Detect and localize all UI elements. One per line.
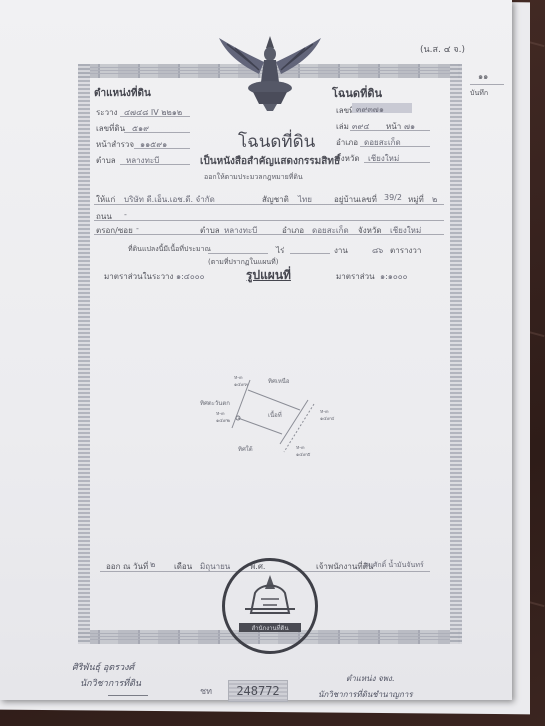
rawang-label: ระวาง	[96, 106, 117, 119]
soi-value: -	[136, 224, 139, 233]
rule	[94, 204, 444, 205]
official-seal: สำนักงานที่ดิน	[222, 558, 318, 654]
left-signature: ศิริพันธุ์ อุตรวงศ์	[72, 660, 134, 674]
address-no: 39/2	[384, 193, 402, 202]
marker-num: ๑๔๙๔	[320, 415, 334, 423]
scale-right-label: มาตราส่วน	[336, 270, 375, 283]
form-code: (น.ส. ๔ จ.)	[420, 42, 465, 56]
area-label: ที่ดินแปลงนี้มีเนื้อที่ประมาณ	[128, 244, 211, 255]
land-no-value: ๕๑๙	[132, 122, 149, 135]
officer-signature: สมศักดิ์ น้ำมันจันทร์	[364, 560, 424, 571]
soi-label: ตรอก/ซอย	[96, 224, 133, 237]
rule	[208, 253, 268, 254]
scale-left-label: มาตราส่วนในระวาง	[104, 270, 173, 283]
seal-band: สำนักงานที่ดิน	[239, 623, 301, 632]
frame-left-border	[78, 64, 90, 644]
scale-right-value: ๑:๑๐๐๐	[380, 270, 408, 283]
rai-label: ไร่	[276, 244, 284, 257]
garuda-emblem-icon	[217, 32, 323, 112]
serial-number: 248772	[228, 680, 288, 702]
rule	[364, 162, 430, 163]
amphoe2-value: ดอยสะเก็ด	[312, 224, 349, 237]
land-position-heading: ตำแหน่งที่ดิน	[94, 86, 151, 101]
rule	[120, 116, 190, 117]
parcel-shape-icon	[180, 360, 340, 470]
survey-page-label: หน้าสำรวจ	[96, 138, 134, 151]
amphoe-value: ดอยสะเก็ด	[364, 136, 401, 149]
corner-note-line2: บันทึก	[470, 88, 488, 99]
survey-page-value: ๑๑๕๙๑	[140, 138, 167, 151]
document-title: โฉนดที่ดิน	[238, 128, 315, 155]
tambon-value: หลางทะบี	[126, 154, 159, 167]
tambon-label: ตำบล	[96, 154, 116, 167]
frame-right-border	[450, 64, 462, 644]
rule	[108, 695, 148, 696]
corner-note-line1: ๑๑	[478, 70, 488, 83]
rule	[360, 146, 430, 147]
seal-emblem-icon	[235, 569, 305, 629]
serial-prefix: ชท	[200, 684, 212, 698]
scale-left-value: ๑:๔๐๐๐	[176, 270, 204, 283]
left-signature-title: นักวิชาการที่ดิน	[80, 676, 141, 690]
tambon2-label: ตำบล	[200, 224, 220, 237]
book-value: ๓๙๔	[352, 120, 369, 133]
title-deed-page: (น.ส. ๔ จ.) ๑๑ บันทึก ตำแหน่งที่ดิน ระวา…	[0, 0, 512, 700]
sqwa-label: ตารางวา	[390, 244, 421, 257]
ngan-label: งาน	[334, 244, 348, 257]
west-neighbor: ทิศตะวันตก	[200, 398, 230, 408]
issue-day: ๒	[150, 558, 155, 571]
rule	[94, 220, 444, 221]
deed-heading-right: โฉนดที่ดิน	[332, 84, 382, 102]
rule	[120, 164, 190, 165]
road-label: ถนน	[96, 210, 112, 223]
page-label: หน้า	[386, 120, 401, 133]
document-legal-basis: ออกให้ตามประมวลกฎหมายที่ดิน	[204, 172, 303, 183]
parcel-map-diagram: เนื้อที่ ทิศเหนือ ทิศใต้ ทิศตะวันตก ห-๓ …	[180, 360, 340, 470]
right-signature-line2: นักวิชาการที่ดินชำนาญการ	[318, 688, 413, 701]
book-label: เล่ม	[336, 120, 349, 133]
province2-value: เชียงใหม่	[390, 224, 421, 237]
amphoe-label: อำเภอ	[336, 136, 358, 149]
rule	[134, 148, 190, 149]
rule	[124, 132, 190, 133]
page-value: ๗๑	[404, 120, 415, 133]
corner-annotation: ๑๑ บันทึก	[470, 62, 506, 102]
marker-num: ๑๔๙๕	[296, 451, 310, 459]
rule	[290, 253, 330, 254]
deed-no-value: ๓๙๓๗๑	[356, 103, 384, 116]
road-value: -	[124, 210, 127, 219]
right-signature-line1: ตำแหน่ง จพง.	[346, 672, 394, 685]
marker-num: ๑๔๙๓	[234, 381, 248, 389]
rule	[94, 234, 444, 235]
south-neighbor: ทิศใต้	[238, 444, 253, 454]
document-subtitle: เป็นหนังสือสำคัญแสดงกรรมสิทธิ์	[200, 154, 340, 169]
parcel-area-label: เนื้อที่	[268, 410, 282, 420]
province2-label: จังหวัด	[358, 224, 382, 237]
tambon2-value: หลางทะบี	[224, 224, 257, 237]
marker-num: ๑๔๙๒	[216, 417, 230, 425]
corner-rule	[470, 84, 504, 85]
rawang-value: ๔๗๔๘ IV ๒๒๑๒	[124, 106, 182, 119]
north-neighbor: ทิศเหนือ	[268, 376, 289, 386]
amphoe2-label: อำเภอ	[282, 224, 304, 237]
rule	[350, 130, 430, 131]
map-heading: รูปแผนที่	[246, 266, 291, 285]
land-no-label: เลขที่ดิน	[96, 122, 125, 135]
province-value: เชียงใหม่	[368, 152, 399, 165]
sqwa-value: ๘๖	[372, 244, 383, 257]
